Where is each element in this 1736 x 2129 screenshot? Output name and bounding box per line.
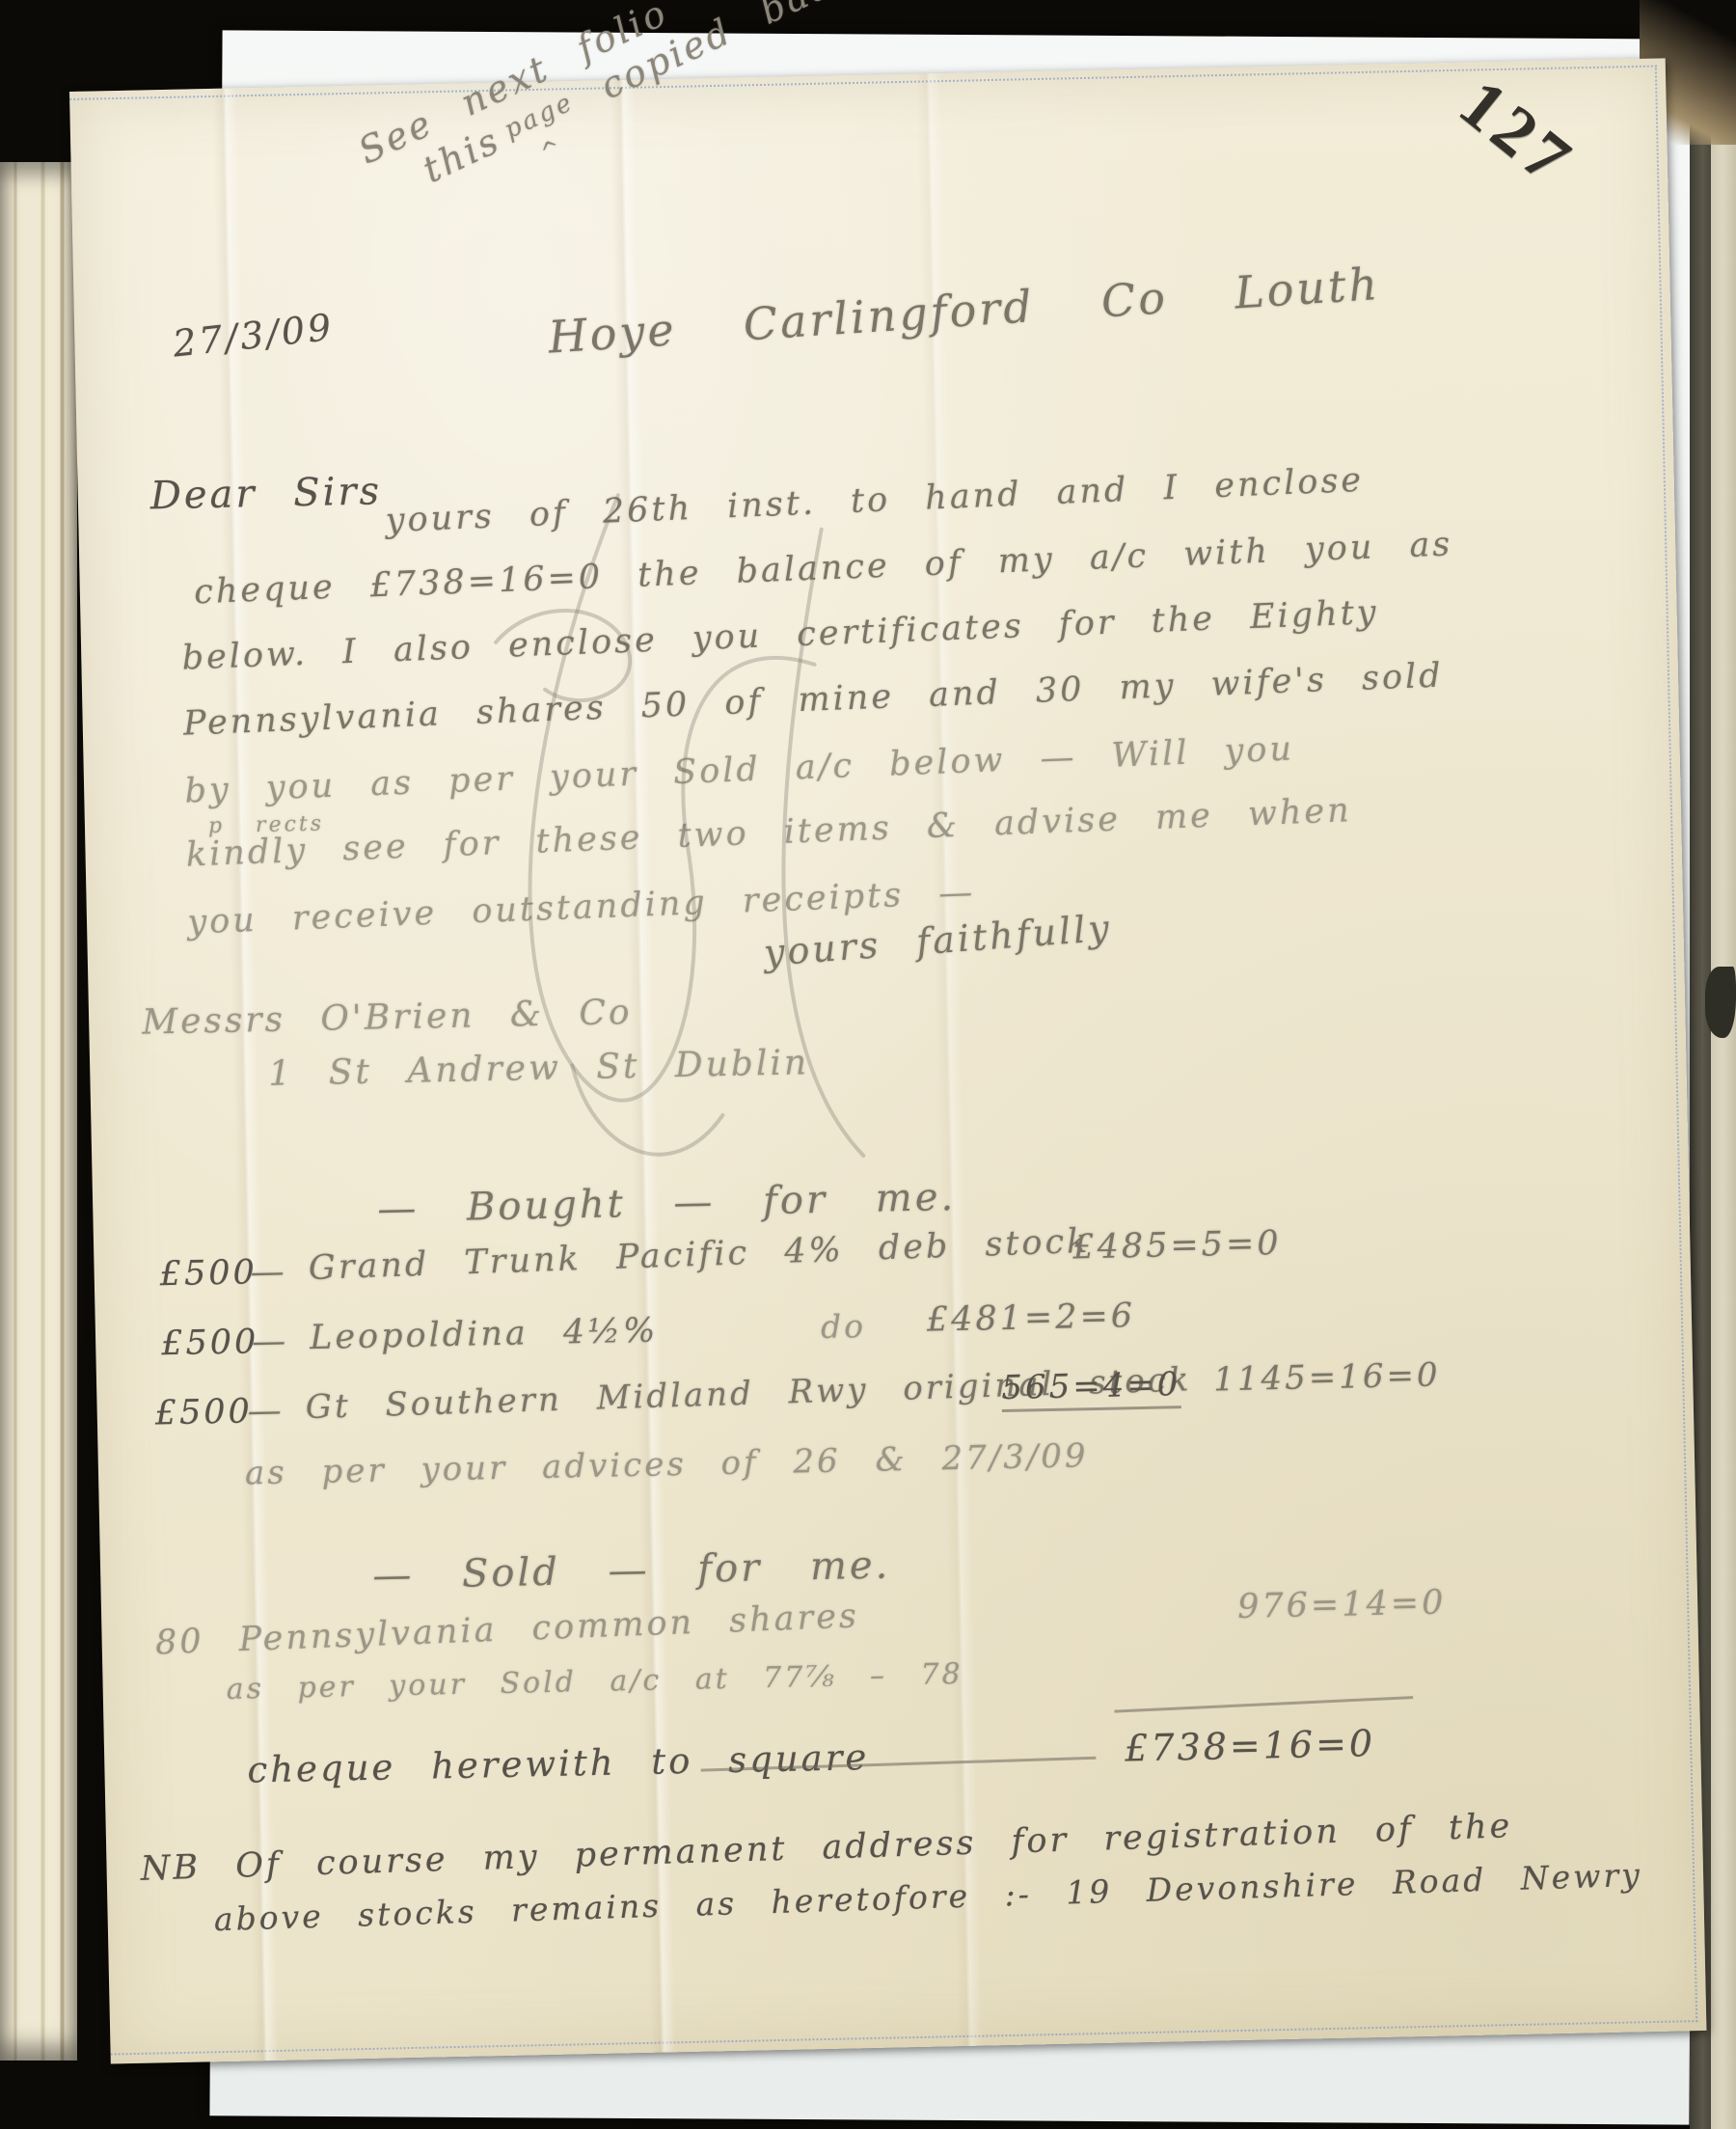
dash-mark: — [247, 1392, 285, 1432]
torn-paper-mark [1705, 967, 1736, 1038]
letter-salutation: Dear Sirs [149, 469, 382, 518]
book-page-edges-left [0, 162, 77, 2061]
letter-page: 127 See next folio thispage^copied badly… [69, 58, 1706, 2063]
bought-price: 565=4=0 [1001, 1365, 1181, 1412]
dash-mark: — [252, 1323, 289, 1362]
sold-price: 976=14=0 [1237, 1583, 1447, 1626]
bought-amount: £500 [161, 1323, 259, 1363]
bought-ditto: do [821, 1307, 867, 1346]
dash-mark: — [250, 1253, 287, 1293]
book-edge-right [1709, 0, 1736, 2129]
cheque-amount: £738=16=0 [1125, 1722, 1376, 1769]
bought-description: Leopoldina 4½% [310, 1312, 659, 1358]
bought-price-2: 1145=16=0 [1213, 1356, 1441, 1400]
bought-amount: £500 [159, 1253, 258, 1294]
bought-price: £481=2=6 [926, 1297, 1135, 1340]
bought-amount: £500 [154, 1392, 253, 1433]
scanned-letter-page: 127 See next folio thispage^copied badly… [0, 0, 1736, 2129]
bought-price: £485=5=0 [1072, 1224, 1282, 1268]
